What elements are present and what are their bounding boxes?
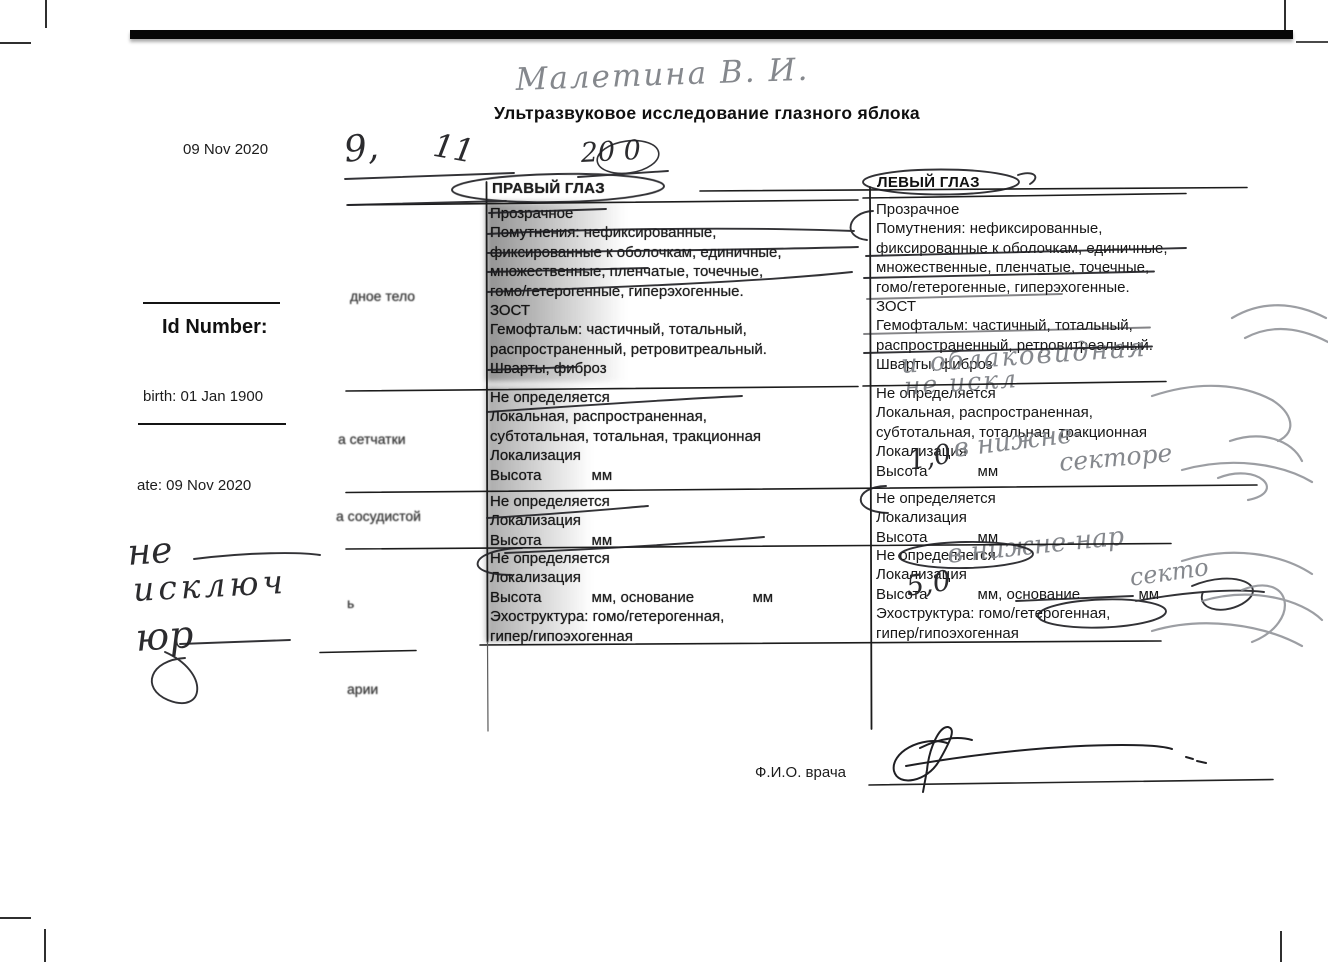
doctor-signature <box>869 727 1273 792</box>
row-label-vitreous-fragment: дное тело <box>350 288 415 304</box>
handwritten-patient-name: Малетина В. И. <box>515 52 810 98</box>
text-line: Локальная, распространенная, <box>490 407 761 426</box>
text-line: Локализация <box>490 446 761 465</box>
text-line: Локализация <box>490 511 612 530</box>
handwritten-date-month: 11 <box>430 126 477 170</box>
text-line: Локальная, распространенная, <box>876 403 1147 422</box>
text-line: гипер/гипоэхогенная <box>490 627 773 646</box>
scan-top-edge-artifact <box>130 30 1293 39</box>
right-eye-tumor-cell: Не определяетсяЛокализацияВысота мм, осн… <box>490 549 773 646</box>
text-line: Прозрачное <box>876 200 1168 219</box>
scan-date: 09 Nov 2020 <box>183 141 268 158</box>
text-line: ЗОСТ <box>876 297 1168 316</box>
crop-mark-bottom-left-vertical <box>44 929 46 962</box>
exam-date-line: ate: 09 Nov 2020 <box>137 477 251 494</box>
text-line: гомо/гетерогенные, гиперэхогенные. <box>876 278 1168 297</box>
text-line: фиксированные к оболочкам, единичные, <box>490 243 782 262</box>
text-line: Высота мм <box>490 466 761 485</box>
page-title: Ультразвуковое исследование глазного ябл… <box>494 103 920 124</box>
text-line: фиксированные к оболочкам, единичные, <box>876 239 1168 258</box>
crop-mark-top-left-vertical <box>45 0 47 28</box>
text-line: Эхоструктура: гомо/гетерогенная, <box>876 604 1159 623</box>
text-line: Не определяется <box>490 492 612 511</box>
text-line: Гемофтальм: частичный, тотальный, <box>876 316 1168 335</box>
text-line: гомо/гетерогенные, гиперэхогенные. <box>490 282 782 301</box>
left-eye-header: ЛЕВЫЙ ГЛАЗ <box>877 174 980 191</box>
tumor-height-handwriting: 5,0 <box>904 564 953 603</box>
text-line: Прозрачное <box>490 204 782 223</box>
crop-mark-top-right-horizontal <box>1296 41 1328 43</box>
text-line: Не определяется <box>490 388 761 407</box>
right-eye-comments-cell <box>490 648 865 728</box>
row-label-choroid-fragment: а сосудистой <box>336 508 421 524</box>
scanned-document-page: { "page": { "scan_date": "09 Nov 2020", … <box>0 0 1328 962</box>
doctor-name-label: Ф.И.О. врача <box>755 764 846 781</box>
divider-below-birth <box>138 423 286 425</box>
right-eye-retina-cell: Не определяетсяЛокальная, распространенн… <box>490 388 761 485</box>
row-label-comments-fragment: арии <box>347 681 378 697</box>
handwritten-date-day: 9, <box>342 126 380 170</box>
handwritten-date-year: 20 0 <box>580 135 642 169</box>
right-eye-header: ПРАВЫЙ ГЛАЗ <box>492 180 605 197</box>
divider-above-id <box>143 302 280 304</box>
crop-mark-bottom-left-horizontal <box>0 917 31 919</box>
text-line: распространенный, ретровитреальный. <box>490 340 782 359</box>
crop-mark-top-left-horizontal <box>0 42 31 44</box>
text-line: Не определяется <box>876 489 998 508</box>
right-eye-vitreous-cell: ПрозрачноеПомутнения: нефиксированные,фи… <box>490 204 782 379</box>
left-eye-comments-cell <box>876 648 1256 728</box>
margin-handwriting-line3: юр <box>134 612 195 660</box>
row-label-retina-fragment: а сетчатки <box>338 431 406 447</box>
text-line: Помутнения: нефиксированные, <box>876 219 1168 238</box>
text-line: Шварты, фиброз <box>490 359 782 378</box>
text-line: Локализация <box>876 508 998 527</box>
text-line: Гемофтальм: частичный, тотальный, <box>490 320 782 339</box>
crop-mark-top-right-vertical <box>1284 0 1286 30</box>
text-line: ЗОСТ <box>490 301 782 320</box>
text-line: Высота мм <box>490 531 612 550</box>
id-number-label: Id Number: <box>162 316 268 339</box>
crop-mark-bottom-right-vertical <box>1280 931 1282 962</box>
text-line: Эхоструктура: гомо/гетерогенная, <box>490 607 773 626</box>
right-eye-choroid-cell: Не определяетсяЛокализацияВысота мм <box>490 492 612 550</box>
text-line: Не определяется <box>490 549 773 568</box>
text-line: множественные, пленчатые, точечные, <box>490 262 782 281</box>
text-line: Локализация <box>490 568 773 587</box>
margin-handwriting-line2: исключ <box>132 562 288 609</box>
pencil-scribbles <box>1152 305 1328 646</box>
text-line: гипер/гипоэхогенная <box>876 624 1159 643</box>
birth-date-line: birth: 01 Jan 1900 <box>143 388 263 405</box>
text-line: Высота мм, основание мм <box>490 588 773 607</box>
row-label-tumor-fragment: ь <box>347 595 354 611</box>
text-line: Помутнения: нефиксированные, <box>490 223 782 242</box>
text-line: субтотальная, тотальная, тракционная <box>490 427 761 446</box>
text-line: множественные, пленчатые, точечные, <box>876 258 1168 277</box>
